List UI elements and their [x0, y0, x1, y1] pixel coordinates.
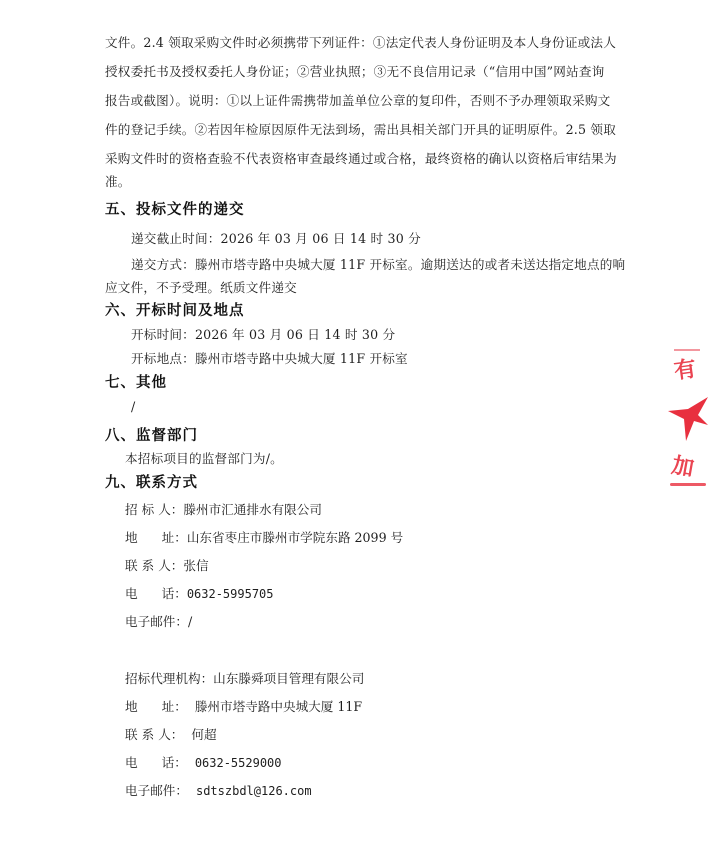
document-page: 文件。2.4 领取采购文件时必须携带下列证件：①法定代表人身份证明及本人身份证或…: [0, 0, 713, 860]
tenderer-address-row: 地 址：山东省枣庄市滕州市学院东路 2099 号: [125, 530, 403, 546]
agent-address-label: 地 址：: [125, 699, 187, 715]
agent-phone-row: 电 话：0632-5529000: [125, 755, 282, 771]
intro-line-1: 文件。2.4 领取采购文件时必须携带下列证件：①法定代表人身份证明及本人身份证或…: [105, 35, 616, 51]
tenderer-phone-label: 电 话：: [125, 586, 187, 602]
seal-arc-top: [674, 349, 700, 351]
other-content: /: [131, 399, 135, 415]
intro-line-5: 采购文件时的资格查验不代表资格审查最终通过或合格，最终资格的确认以资格后审结果为: [105, 151, 617, 167]
seal-character-top: 有: [672, 352, 698, 386]
agent-contact-row: 联 系 人：何超: [125, 727, 217, 743]
tenderer-contact: 张信: [183, 558, 208, 573]
agent-email: sdtszbdl@126.com: [196, 784, 312, 798]
tenderer-phone-row: 电 话：0632-5995705: [125, 586, 274, 602]
agent-name-row: 招标代理机构：山东滕舜项目管理有限公司: [125, 671, 364, 687]
tenderer-name-row: 招 标 人：滕州市汇通排水有限公司: [125, 502, 322, 518]
tenderer-email-label: 电子邮件：: [125, 614, 188, 630]
tenderer-email-row: 电子邮件：/: [125, 614, 192, 630]
seal-star-icon: [668, 397, 708, 447]
tenderer-contact-row: 联 系 人：张信: [125, 558, 209, 574]
agent-contact-label: 联 系 人：: [125, 727, 183, 743]
seal-arc-bottom: [670, 483, 706, 486]
submission-method-line-1: 递交方式：滕州市塔寺路中央城大厦 11F 开标室。逾期送达的或者未送达指定地点的…: [131, 257, 625, 273]
opening-place: 开标地点：滕州市塔寺路中央城大厦 11F 开标室: [131, 351, 408, 367]
intro-line-4: 件的登记手续。②若因年检原因原件无法到场，需出具相关部门开具的证明原件。2.5 …: [105, 122, 616, 138]
agent-contact: 何超: [191, 727, 216, 742]
supervision-content: 本招标项目的监督部门为/。: [125, 451, 283, 467]
seal-character-bottom: 加: [669, 448, 696, 482]
tenderer-email: /: [188, 614, 192, 629]
tenderer-contact-label: 联 系 人：: [125, 558, 183, 574]
intro-line-3: 报告或截图）。说明：①以上证件需携带加盖单位公章的复印件，否则不予办理领取采购文: [105, 93, 610, 109]
tenderer-address-label: 地 址：: [125, 530, 187, 546]
section-heading-supervision: 八、监督部门: [105, 427, 198, 445]
section-heading-contact: 九、联系方式: [105, 474, 198, 492]
agent-phone-label: 电 话：: [125, 755, 187, 771]
agent-email-label: 电子邮件：: [125, 783, 188, 799]
opening-time: 开标时间：2026 年 03 月 06 日 14 时 30 分: [131, 327, 395, 343]
agent-address-row: 地 址：滕州市塔寺路中央城大厦 11F: [125, 699, 362, 715]
agent-email-row: 电子邮件：sdtszbdl@126.com: [125, 783, 312, 799]
section-heading-opening: 六、开标时间及地点: [105, 302, 245, 320]
section-heading-submission: 五、投标文件的递交: [105, 201, 245, 219]
intro-line-6: 准。: [105, 174, 131, 190]
submission-deadline: 递交截止时间：2026 年 03 月 06 日 14 时 30 分: [131, 231, 421, 247]
tenderer-name-label: 招 标 人：: [125, 502, 183, 518]
tenderer-name: 滕州市汇通排水有限公司: [183, 502, 322, 517]
tenderer-phone: 0632-5995705: [187, 587, 274, 601]
submission-method-line-2: 应文件，不予受理。纸质文件递交: [105, 280, 297, 296]
red-seal-stamp: 有 加: [664, 345, 713, 495]
agent-name: 山东滕舜项目管理有限公司: [213, 671, 364, 686]
section-heading-other: 七、其他: [105, 374, 167, 392]
agent-address: 滕州市塔寺路中央城大厦 11F: [195, 699, 362, 714]
agent-phone: 0632-5529000: [195, 756, 282, 770]
intro-line-2: 授权委托书及授权委托人身份证；②营业执照；③无不良信用记录（“信用中国”网站查询: [105, 64, 604, 80]
tenderer-address: 山东省枣庄市滕州市学院东路 2099 号: [187, 530, 403, 545]
agent-name-label: 招标代理机构：: [125, 671, 213, 687]
